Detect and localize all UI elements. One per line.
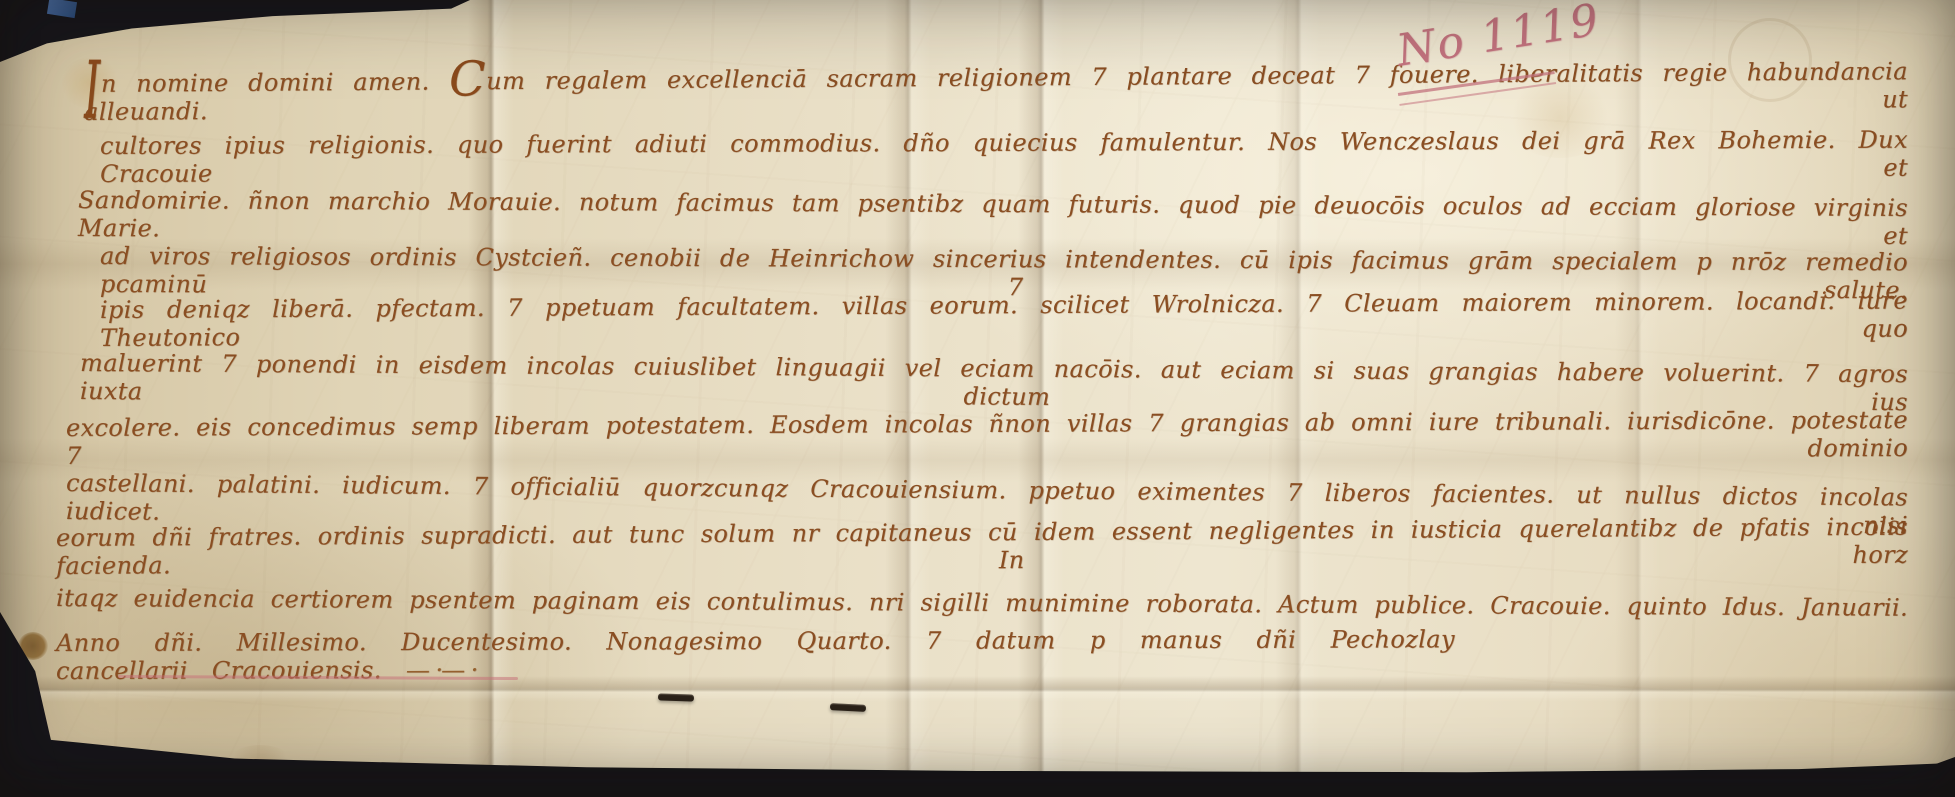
line-text: n nomine domini amen.	[101, 68, 430, 98]
closing-flourish: — ·— ·	[406, 656, 477, 684]
text-line: eorum dñi fratres. ordinis supradicti. a…	[56, 513, 1908, 582]
text-line: cultores ipius religionis. quo fuerint a…	[100, 126, 1908, 190]
text-line: ipis deniqz liberā. pfectam. 7 ppetuam f…	[100, 287, 1908, 354]
seal-slit-left	[658, 693, 694, 701]
text-line: excolere. eis concedimus semp liberam po…	[66, 406, 1908, 472]
photo-frame: In nomine domini amen. Cum regalem excel…	[0, 0, 1955, 797]
